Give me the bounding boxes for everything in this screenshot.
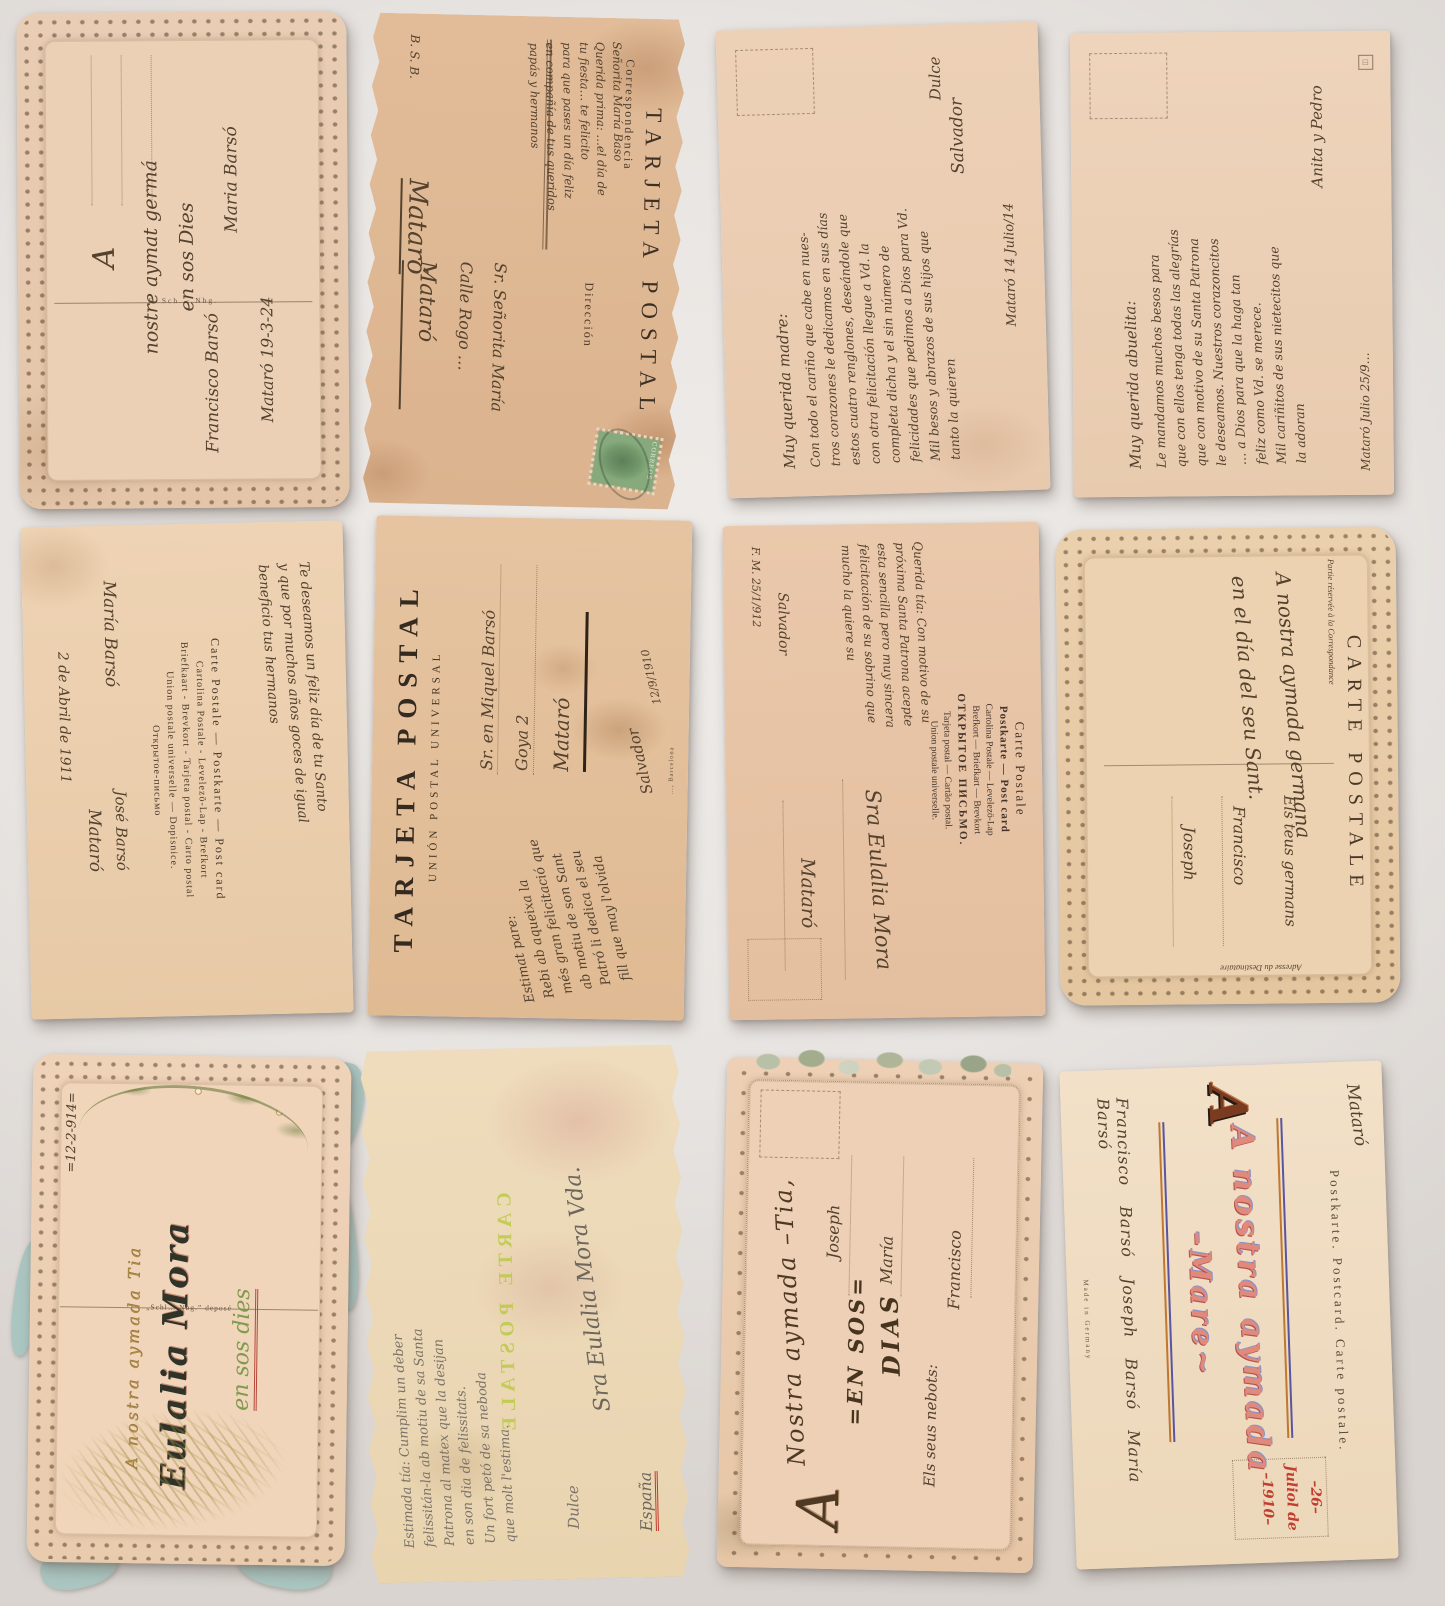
address-town-large: Mataró — [399, 178, 433, 275]
address-line — [1221, 796, 1224, 946]
date-line: Juliol de — [1277, 1459, 1304, 1538]
masthead: TARJETA POSTAL — [387, 531, 426, 1001]
masthead: TARJETA POSTAL — [632, 34, 668, 494]
handwritten-message: Señorita María Baso Querida prima: …el d… — [525, 42, 627, 212]
country: España — [636, 1472, 659, 1532]
addressee: Sra Eulalia Mora Vda. — [560, 1165, 616, 1413]
correspondence-caption: Partie réservée à la Correspondance — [1326, 559, 1337, 685]
place: Mataró — [1342, 1082, 1371, 1147]
postcard-back: TARJETA POSTAL Correspondencia Dirección… — [376, 28, 672, 494]
address-caption: Adresse du Destinataire — [1220, 963, 1302, 974]
date: 2 de Abril de 1911 — [54, 652, 73, 784]
signature: Francisco — [944, 1230, 965, 1310]
postcard-back: Muy querida madre: Con todo el cariño qu… — [729, 36, 1037, 484]
date-line: –26– — [1301, 1458, 1328, 1537]
postcard-back: Carte Postale Postkarte — Post card Cart… — [736, 537, 1032, 1005]
handwritten-dedication: A nostra aymada germana en el día del se… — [1217, 570, 1326, 843]
stamp-box — [747, 938, 822, 1001]
tarjeta-postal-stamp: TARJETA POSTAL Correspondencia Dirección… — [362, 13, 685, 510]
pencil-message: Estimada tía: Cumplim un deber felissitá… — [389, 1323, 522, 1549]
postcard-to-grandmother: Muy querida abuelita: Le mandamos muchos… — [1070, 31, 1394, 498]
card-content: Mataró Postkarte. Postcard. Carte postal… — [1073, 1075, 1385, 1555]
signature: Francisco Barsó — [202, 313, 223, 453]
ornate-dedication: A nostra aymada — [1223, 1125, 1277, 1476]
postkarte-germany: Mataró Postkarte. Postcard. Carte postal… — [1059, 1061, 1398, 1570]
card-content: CARTE POSTALE Partie réservée à la Corre… — [1086, 555, 1370, 978]
handwritten-message: Muy querida madre: Con todo el cariño qu… — [764, 206, 965, 470]
signature: Salvador — [624, 727, 657, 797]
address-town: Mataró — [796, 858, 819, 929]
signature: Salvador — [947, 98, 969, 175]
ornate-initial: A — [784, 1486, 853, 1529]
ornate-dedication: DIAS — [874, 1292, 906, 1377]
ornate-dedication: Nostra aymada –Tia, — [769, 1177, 811, 1467]
sender-initials: B. S. B. — [407, 34, 422, 79]
signature: José Barsó — [111, 790, 131, 871]
signature: Joseph — [1180, 826, 1200, 880]
postcard-back: TARJETA POSTAL UNIÓN POSTAL UNIVERSAL Sr… — [381, 531, 679, 1006]
postcard-back: Carte Postale — Postkarte — Post card Ca… — [34, 536, 340, 1005]
printer-mark: …, Barcelona — [664, 535, 679, 1005]
tarjeta-postal-upu: TARJETA POSTAL UNIÓN POSTAL UNIVERSAL Sr… — [368, 515, 693, 1020]
masthead: CARTE POSTALE — [1341, 555, 1368, 975]
signatures: Francisco Barsó Joseph Barsó María Barsó — [1093, 1097, 1147, 1554]
photo-postcard-collection: F. Sch. · Nbg. A nostre aymat germá en s… — [0, 0, 1445, 1606]
place: Mataró — [84, 809, 105, 872]
handwritten-message: Estimat pare: Rebi ab aqueixa la més gra… — [486, 824, 636, 1005]
postcard-back: Muy querida abuelita: Le mandamos muchos… — [1083, 45, 1381, 484]
address-line — [900, 1156, 904, 1296]
dedication: A nostre aymat germá en sos Dies — [75, 127, 206, 388]
handwriting-layer: A nostre aymat germá en sos Dies Francis… — [50, 36, 315, 484]
signature: Dulce — [925, 56, 944, 100]
translucent-card: CARTE POSTALE Estimada tía: Cumplim un d… — [360, 1044, 690, 1583]
sub-masthead: UNIÓN POSTAL UNIVERSAL — [425, 531, 445, 1001]
pierced-card-to-aunt: A Nostra aymada –Tia, =EN SOS= DIAS Els … — [717, 1057, 1044, 1574]
card-content: CARTE POSTALE Estimada tía: Cumplim un d… — [374, 1061, 675, 1567]
address-town: Mataró — [398, 260, 450, 410]
closing: Els seus nebots: — [920, 1364, 941, 1487]
signature: Maria Barsó — [221, 126, 242, 232]
addressee: Sra Eulalia Mora — [861, 788, 897, 970]
closing: Els teus germans — [1280, 795, 1299, 927]
address-line — [1171, 797, 1174, 947]
printed-multilingual-block: Carte Postale Postkarte — Post card Cart… — [924, 537, 1033, 1002]
decorative-rule — [1158, 1122, 1175, 1442]
handwritten-address: Sr. Señorita María Calle Rogo … Mataró — [398, 260, 517, 412]
decorative-rule — [1276, 1118, 1293, 1438]
postkarte-to-aunt: Carte Postale Postkarte — Post card Cart… — [723, 522, 1046, 1020]
carte-postale-lace-card: CARTE POSTALE Partie réservée à la Corre… — [1056, 526, 1401, 1006]
place-date: Mataró 14 Julio/14 — [1001, 203, 1019, 327]
lace-card-garland: „Schl… Nbg.” deposé =12-2-914= A nostra … — [26, 1054, 351, 1566]
handwritten-message: Querida tía: Con motivo de su próxima Sa… — [837, 541, 936, 730]
signature: Joseph — [823, 1205, 843, 1260]
place-date: Mataró Julio 25/9… — [1358, 352, 1373, 471]
address-town: Mataró — [539, 611, 589, 772]
date: F. M. 25/1/912 — [749, 547, 763, 628]
handwritten-address: Sr. en Miquel Barsó Goya 2 Mataró — [469, 610, 589, 772]
signature: María Barsó — [99, 581, 121, 688]
handwritten-message: Te deseamos un feliz día de tu Santo y q… — [253, 561, 333, 826]
stamp-box — [759, 1089, 840, 1159]
gothic-initial: A — [1196, 1085, 1258, 1127]
signature: Dulce — [564, 1485, 583, 1529]
section-label: Dirección — [580, 282, 596, 348]
postcard-to-mother: Muy querida madre: Con todo el cariño qu… — [716, 22, 1051, 499]
card-content: A Nostra aymada –Tia, =EN SOS= DIAS Els … — [743, 1081, 1017, 1548]
dried-flowers — [741, 1041, 1012, 1087]
place-date: Mataró 19-3-24 — [257, 296, 277, 422]
carte-postale-multilingual: Carte Postale — Postkarte — Post card Ca… — [20, 520, 353, 1019]
signature: Francisco — [1229, 806, 1249, 886]
signature: Salvador — [774, 592, 791, 655]
handwritten-message: Muy querida abuelita: Le mandamos muchos… — [1116, 225, 1312, 470]
printer-logo: ◫ — [1358, 55, 1373, 70]
ornate-dedication: =EN SOS= — [842, 1275, 870, 1426]
date: 12/9/1910 — [638, 648, 663, 706]
address-line — [842, 780, 846, 980]
address-line — [970, 1158, 974, 1298]
printed-multilingual-block: Carte Postale — Postkarte — Post card Ca… — [144, 538, 232, 1002]
lace-card-brother: F. Sch. · Nbg. A nostre aymat germá en s… — [16, 11, 349, 509]
stamp-box — [1089, 53, 1168, 120]
signature: Anita y Pedro — [1307, 85, 1326, 188]
signature: María — [877, 1236, 897, 1285]
ornate-dedication: –Mare~ — [1182, 1230, 1221, 1379]
stamp-box — [735, 48, 815, 116]
